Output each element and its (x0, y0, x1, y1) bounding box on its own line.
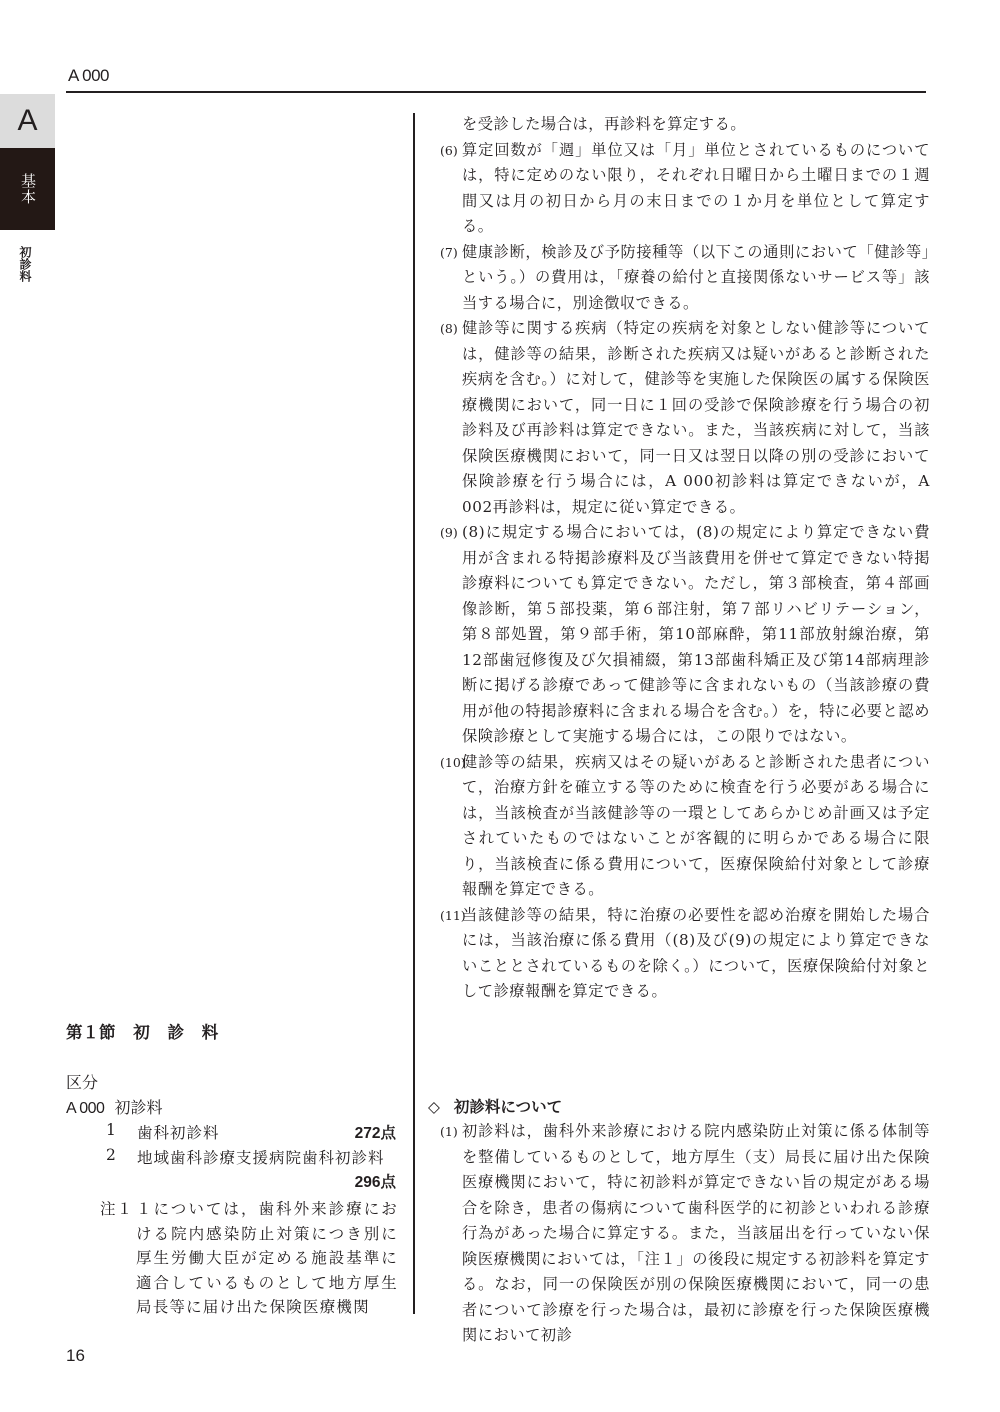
note-text: １については，歯科外来診療における院内感染防止対策につき別に厚生労働大臣が定める… (136, 1197, 398, 1320)
item-text: 健診等に関する疾病（特定の疾病を対象としない健診等については，健診等の結果，診断… (462, 319, 930, 516)
subsection-heading: ◇初診料について (428, 1095, 562, 1117)
section-title-char: 初 (133, 1023, 150, 1042)
item-number: (10) (440, 750, 466, 776)
column-divider (413, 113, 415, 1314)
notice-item: (7) 健康診断，検診及び予防接種等（以下この通則において「健診等」という。）の… (440, 240, 930, 317)
fee-row: 1 歯科初診料 272点 (66, 1121, 396, 1145)
fee-points: 296点 (355, 1170, 396, 1192)
section-title-char: 診 (168, 1023, 185, 1042)
continuation-paragraph: を受診した場合は，再診料を算定する。 (440, 112, 930, 138)
item-text: 初診料は，歯科外来診療における院内感染防止対策に係る体制等を整備しているものとし… (462, 1122, 930, 1344)
notice-item: (11) 当該健診等の結果，特に治療の必要性を認め治療を開始した場合には，当該治… (440, 903, 930, 1005)
fee-code-heading: A 000初診料 (66, 1095, 162, 1118)
notice-item: (8) 健診等に関する疾病（特定の疾病を対象としない健診等については，健診等の結… (440, 316, 930, 520)
notice-item: (9) (8)に規定する場合においては，(8)の規定により算定できない費用が含ま… (440, 520, 930, 750)
subsection-heading-text: 初診料について (454, 1098, 562, 1116)
fee-row: 2 地域歯科診療支援病院歯科初診料 (66, 1146, 396, 1170)
item-number: (8) (440, 316, 458, 342)
explanation-item: (1) 初診料は，歯科外来診療における院内感染防止対策に係る体制等を整備している… (440, 1119, 930, 1349)
diamond-icon: ◇ (428, 1098, 440, 1116)
notice-item: (10) 健診等の結果，疾病又はその疑いがあると診断された患者について，治療方針… (440, 750, 930, 903)
item-number: (9) (440, 520, 458, 546)
fee-points: 272点 (355, 1121, 396, 1143)
item-number: (11) (440, 903, 466, 929)
section-title: 第１節 初 診 料 (66, 1019, 218, 1043)
page-number: 16 (66, 1346, 85, 1366)
fee-name: 地域歯科診療支援病院歯科初診料 (137, 1146, 385, 1168)
chapter-tab-label: 基本 (0, 148, 55, 230)
item-number: (7) (440, 240, 458, 266)
section-tab-label: 初診料 (18, 246, 32, 282)
fee-row-points: 296点 (66, 1170, 396, 1194)
right-column-notices: を受診した場合は，再診料を算定する。 (6) 算定回数が「週」単位又は「月」単位… (440, 112, 930, 1005)
running-head: A 000 (68, 66, 109, 86)
item-text: 当該健診等の結果，特に治療の必要性を認め治療を開始した場合には，当該治療に係る費… (462, 906, 930, 1001)
right-column-explanations: (1) 初診料は，歯科外来診療における院内感染防止対策に係る体制等を整備している… (440, 1119, 930, 1349)
section-number: 第１節 (66, 1023, 116, 1042)
fee-code: A 000 (66, 1100, 104, 1117)
chapter-tab-letter: A (0, 94, 55, 148)
item-number: (6) (440, 138, 458, 164)
header-rule (66, 91, 926, 93)
fee-index: 2 (106, 1146, 116, 1164)
fee-code-name: 初診料 (114, 1098, 162, 1117)
item-text: 健康診断，検診及び予防接種等（以下この通則において「健診等」という。）の費用は，… (462, 243, 930, 312)
item-number: (1) (440, 1119, 458, 1145)
fee-name: 歯科初診料 (137, 1121, 220, 1143)
note-label: 注１ (100, 1197, 133, 1222)
kubun-label: 区分 (66, 1070, 98, 1093)
item-text: 算定回数が「週」単位又は「月」単位とされているものについては，特に定めのない限り… (462, 141, 930, 236)
notice-item: (6) 算定回数が「週」単位又は「月」単位とされているものについては，特に定めの… (440, 138, 930, 240)
item-text: (8)に規定する場合においては，(8)の規定により算定できない費用が含まれる特掲… (462, 523, 930, 745)
fee-note: 注１ １については，歯科外来診療における院内感染防止対策につき別に厚生労働大臣が… (100, 1197, 398, 1320)
item-text: 健診等の結果，疾病又はその疑いがあると診断された患者について，治療方針を確立する… (462, 753, 930, 899)
fee-index: 1 (106, 1121, 116, 1139)
section-title-char: 料 (202, 1023, 219, 1042)
